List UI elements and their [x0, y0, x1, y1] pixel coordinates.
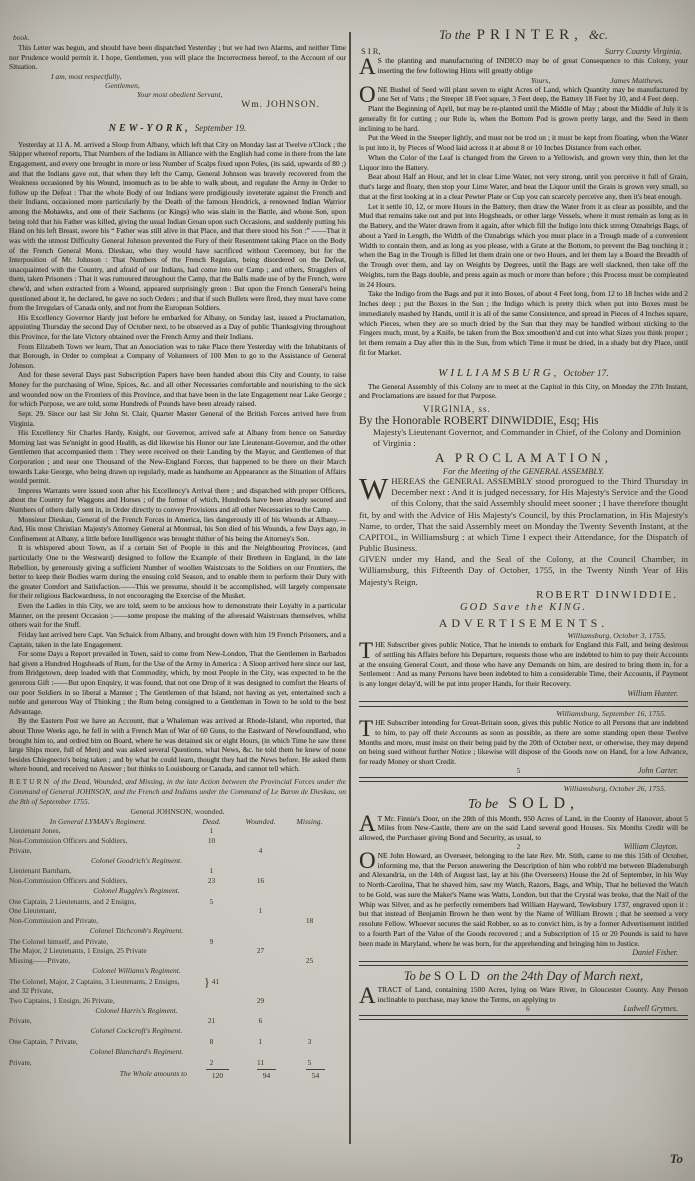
proclamation-by-continuation: Majesty's Lieutenant Governor, and Comma…: [373, 427, 688, 448]
table-row: Non-Commission and Private,18: [9, 916, 346, 926]
wounded-value: [236, 826, 285, 836]
virginia-heading: VIRGINIA, ss.: [423, 404, 688, 414]
return-heading-rest: of the Dead, Wounded, and Missing, in th…: [9, 777, 346, 806]
column-header-missing: Missing.: [285, 817, 334, 826]
heading-pre: To the: [439, 27, 471, 42]
regiment-header: Colonel Goodrich's Regiment.: [9, 856, 264, 867]
dead-value: 21: [187, 1016, 236, 1026]
dead-value: [187, 956, 236, 966]
salutation-row: S I R, Surry County Virginia.: [359, 46, 688, 56]
row-label: Private,: [9, 1058, 187, 1068]
casualty-return-heading: RETURN of the Dead, Wounded, and Missing…: [9, 777, 346, 806]
hunter-advertisement: THE Subscriber gives public Notice, That…: [359, 640, 688, 689]
row-label: The Colonel, Major, 2 Captains, 3 Lieute…: [9, 977, 187, 996]
total-wounded-number: 94: [257, 1069, 277, 1080]
row-label: Missing——Private,: [9, 956, 187, 966]
missing-value: [285, 866, 334, 876]
press-figure: 6: [478, 1005, 578, 1013]
proclamation-by-line: By the Honorable ROBERT DINWIDDIE, Esq; …: [359, 415, 688, 427]
table-row: Lieutenant Barnham,1: [9, 866, 346, 876]
regiment-header: Colonel Blanchard's Regiment.: [9, 1047, 264, 1058]
dead-value: [187, 996, 236, 1006]
dateline-city: WILLIAMSBURG,: [438, 367, 559, 379]
wounded-value: [236, 836, 285, 846]
dead-value: 2: [187, 1058, 236, 1068]
press-figure: 2: [465, 843, 571, 851]
section-rule: [359, 701, 688, 707]
table-row: The Major, 2 Lieutenants, 1 Ensign, 25 P…: [9, 946, 346, 956]
to-the-printer-heading: To the PRINTER, &c.: [359, 26, 688, 44]
wounded-value: 27: [236, 946, 285, 956]
indigo-paragraph: Put the Weed in the Steeper lightly, and…: [359, 133, 688, 153]
proclamation-subtitle: For the Meeting of the GENERAL ASSEMBLY.: [359, 466, 688, 476]
wounded-value: [236, 937, 285, 947]
missing-value: 25: [285, 956, 334, 966]
dateline-date: October 17.: [563, 369, 608, 379]
regiment-header: Colonel Ruggles's Regiment.: [9, 886, 264, 897]
indigo-paragraph: Let it settle 10, 12, or more Hours in t…: [359, 202, 688, 290]
news-paragraph: Friday last arrived here Capt. Van Schai…: [9, 630, 346, 649]
missing-value: [285, 996, 334, 1006]
missing-value: [285, 846, 334, 856]
new-york-dateline: NEW-YORK, September 19.: [9, 118, 346, 136]
section-rule: [359, 961, 688, 967]
march-sale-heading: To be SOLD on the 24th Day of March next…: [359, 968, 688, 984]
carter-advertisement: THE Subscriber intending for Great-Brita…: [359, 718, 688, 767]
row-label: One Captain, 2 Lieutenants, and 2 Ensign…: [9, 897, 187, 907]
dead-value: [187, 946, 236, 956]
wounded-value: [236, 916, 285, 926]
total-label: The Whole amounts to: [9, 1069, 193, 1080]
heading-word: SOLD: [434, 968, 484, 983]
brace-glyph: }: [204, 975, 210, 989]
ad-footer-row: 5 John Carter.: [359, 766, 688, 775]
column-divider-rule: [349, 32, 351, 1144]
wounded-value: 1: [236, 906, 285, 916]
right-column: To the PRINTER, &c. S I R, Surry County …: [359, 26, 688, 1176]
news-paragraph: For some Days a Report prevailed in Town…: [9, 649, 346, 716]
news-paragraph: His Excellency Sir Charles Hardy, Knight…: [9, 428, 346, 486]
column-header-dead: Dead.: [187, 817, 236, 826]
wounded-value: 16: [236, 876, 285, 886]
proclamation-title: A PROCLAMATION,: [359, 450, 688, 466]
total-wounded: 94: [242, 1069, 291, 1080]
page-catchword: To: [670, 1151, 683, 1167]
letter-valediction-1: I am, most respectfully,: [51, 72, 346, 81]
missing-value: 3: [285, 1037, 334, 1047]
missing-value: [285, 977, 334, 996]
news-paragraph: And for these several Days past Subscrip…: [9, 370, 346, 408]
wounded-value: [236, 956, 285, 966]
missing-value: [285, 897, 334, 907]
news-paragraph: Even the Ladies in this City, we are tol…: [9, 601, 346, 630]
row-label: One Lieutenant,: [9, 906, 187, 916]
row-label: Lieutenant Jones,: [9, 826, 187, 836]
total-dead-number: 120: [206, 1069, 229, 1080]
ad-dateline: Williamsburg, September 16, 1755.: [359, 709, 688, 718]
indigo-paragraph: Plant the Beginning of April, but may be…: [359, 104, 688, 133]
casualty-table-header: In General LYMAN's Regiment. Dead. Wound…: [9, 817, 346, 826]
table-row: Private,2115: [9, 1058, 346, 1068]
row-label: Two Captains, 1 Ensign, 26 Private,: [9, 996, 187, 1006]
letter-valediction-2: Gentlemen,: [105, 81, 346, 90]
news-paragraph: Monsieur Dieskau, General of the French …: [9, 515, 346, 544]
row-label: Non-Commission Officers and Soldiers,: [9, 836, 187, 846]
regiment-header: In General LYMAN's Regiment.: [9, 817, 187, 826]
dead-value: [187, 846, 236, 856]
row-label: Lieutenant Barnham,: [9, 866, 187, 876]
to-be-sold-heading: To be SOLD,: [359, 795, 688, 813]
advertiser-signature: William Clayton.: [572, 842, 688, 851]
printer-intro: AS the planting and manufacturing of IND…: [359, 56, 688, 76]
table-row: Private,216: [9, 1016, 346, 1026]
indigo-paragraph: When the Color of the Leaf is changed fr…: [359, 153, 688, 173]
assembly-notice: The General Assembly of this Colony are …: [359, 382, 688, 402]
indigo-paragraph: Take the Indigo from the Bags and put it…: [359, 289, 688, 357]
news-paragraph: By the Eastern Post we have an Account, …: [9, 716, 346, 774]
total-missing-number: 54: [306, 1069, 326, 1080]
letter-author-signature: James Matthews.: [610, 76, 664, 85]
row-label: The Colonel himself, and Private,: [9, 937, 187, 947]
letter-signature: Wm. JOHNSON.: [9, 100, 346, 110]
salutation: S I R,: [361, 46, 381, 56]
news-paragraph: It is whispered about Town, as if a cert…: [9, 543, 346, 601]
god-save-the-king: GOD Save the KING.: [359, 602, 688, 613]
regiment-header: Colonel Williams's Regiment.: [9, 966, 264, 977]
heading-pre: To be: [404, 969, 431, 983]
dead-value: 1: [187, 826, 236, 836]
total-dead: 120: [193, 1069, 242, 1080]
heading-word: PRINTER,: [477, 27, 583, 43]
missing-value: [285, 826, 334, 836]
missing-value: [285, 876, 334, 886]
proclamation-body: WHEREAS the GENERAL ASSEMBLY stood proro…: [359, 476, 688, 554]
governor-signature: ROBERT DINWIDDIE.: [359, 589, 688, 601]
missing-value: [285, 836, 334, 846]
news-paragraph: From Elizabeth Town we learn, That an As…: [9, 342, 346, 371]
dead-value: }41: [187, 977, 236, 996]
casualty-return-subheading: General JOHNSON, wounded.: [9, 807, 346, 816]
advertiser-signature: Daniel Fisher.: [359, 948, 688, 958]
heading-post: &c.: [589, 27, 608, 42]
missing-value: 18: [285, 916, 334, 926]
ad-dateline: Williamsburg, October 26, 1755.: [359, 784, 688, 793]
yours-signature-row: Yours, James Matthews.: [359, 76, 688, 85]
wounded-value: [236, 866, 285, 876]
dead-value: [187, 906, 236, 916]
wounded-value: 4: [236, 846, 285, 856]
regiment-header: Colonel Titchcomb's Regiment.: [9, 926, 264, 937]
table-row: One Captain, 7 Private,813: [9, 1037, 346, 1047]
proclamation-given: GIVEN under my Hand, and the Seal of the…: [359, 554, 688, 588]
missing-value: [285, 1016, 334, 1026]
williamsburg-dateline: WILLIAMSBURG, October 17.: [359, 363, 688, 381]
dead-value: 9: [187, 937, 236, 947]
section-rule: [359, 777, 688, 783]
indigo-paragraph: ONE Bushel of Seed will plant seven to e…: [359, 85, 688, 105]
row-label: One Captain, 7 Private,: [9, 1037, 187, 1047]
press-figure: 5: [465, 767, 571, 775]
news-paragraph: His Excellency Governor Hardy just befor…: [9, 313, 346, 342]
ad-footer-row: 2 William Clayton.: [359, 842, 688, 851]
table-row: Two Captains, 1 Ensign, 26 Private,29: [9, 996, 346, 1006]
missing-value: [285, 937, 334, 947]
wounded-value: [236, 897, 285, 907]
indigo-paragraph: Beat about Half an Hour, and let in clea…: [359, 172, 688, 201]
dead-value: 10: [187, 836, 236, 846]
letter-valediction-3: Your most obedient Servant,: [137, 90, 346, 99]
ad-dateline: Williamsburg, October 3, 1755.: [359, 631, 688, 640]
table-row: Lieutenant Jones,1: [9, 826, 346, 836]
dead-value: 1: [187, 866, 236, 876]
letter-origin: Surry County Virginia.: [605, 46, 682, 56]
left-column: book. This Letter was begun, and should …: [9, 33, 346, 1175]
ad-footer-row: 6 Ludwell Grymes.: [378, 1004, 688, 1013]
dead-value: 5: [187, 897, 236, 907]
table-row: The Colonel himself, and Private,9: [9, 937, 346, 947]
yours-label: Yours,: [531, 76, 550, 85]
fisher-advertisement: ONE John Howard, an Overseer, belonging …: [359, 851, 688, 949]
table-row: Missing——Private,25: [9, 956, 346, 966]
table-row: Private,4: [9, 846, 346, 856]
row-label: Non-Commission Officers and Soldiers,: [9, 876, 187, 886]
wounded-value: 1: [236, 1037, 285, 1047]
table-row: One Lieutenant,1: [9, 906, 346, 916]
table-row: Non-Commission Officers and Soldiers,231…: [9, 876, 346, 886]
missing-value: [285, 906, 334, 916]
dateline-date: September 19.: [195, 123, 247, 133]
table-total-row: The Whole amounts to 120 94 54: [9, 1069, 346, 1080]
missing-value: 5: [285, 1058, 334, 1068]
dead-number: 41: [212, 977, 219, 986]
advertiser-signature: John Carter.: [572, 766, 688, 775]
news-paragraph: Sept. 29. Since our last Sir John St. Cl…: [9, 409, 346, 428]
section-rule: [359, 1015, 688, 1021]
wounded-value: 6: [236, 1016, 285, 1026]
wounded-value: [236, 977, 285, 996]
row-label: Private,: [9, 846, 187, 856]
catchword-top: book.: [13, 33, 346, 42]
letter-closing-paragraph: This Letter was begun, and should have b…: [9, 43, 346, 72]
advertiser-signature: William Hunter.: [359, 689, 688, 699]
return-word: RETURN: [9, 777, 51, 786]
wounded-value: 29: [236, 996, 285, 1006]
heading-word: SOLD,: [508, 795, 579, 812]
wounded-value: 11: [236, 1058, 285, 1068]
regiment-header: Colonel Cockcroft's Regiment.: [9, 1026, 264, 1037]
regiment-header: Colonel Harris's Regiment.: [9, 1006, 264, 1017]
advertisements-heading: ADVERTISEMENTS.: [359, 616, 688, 631]
dead-value: [187, 916, 236, 926]
table-row: One Captain, 2 Lieutenants, and 2 Ensign…: [9, 897, 346, 907]
clayton-advertisement: AT Mr. Finnie's Door, on the 28th of thi…: [359, 814, 688, 843]
row-label: Private,: [9, 1016, 187, 1026]
news-paragraph: Impress Warrants were issued soon after …: [9, 486, 346, 515]
heading-post: on the 24th Day of March next,: [487, 969, 643, 983]
row-label: The Major, 2 Lieutenants, 1 Ensign, 25 P…: [9, 946, 187, 956]
dateline-city: NEW-YORK,: [109, 123, 191, 134]
dead-value: 8: [187, 1037, 236, 1047]
advertiser-signature: Ludwell Grymes.: [578, 1004, 688, 1013]
heading-pre: To be: [468, 797, 498, 812]
table-row: The Colonel, Major, 2 Captains, 3 Lieute…: [9, 977, 346, 996]
news-paragraph: Yesterday at 11 A. M. arrived a Sloop fr…: [9, 140, 346, 313]
total-missing: 54: [291, 1069, 340, 1080]
dead-value: 23: [187, 876, 236, 886]
grymes-advertisement: A TRACT of Land, containing 1500 Acres, …: [359, 985, 688, 1005]
column-header-wounded: Wounded.: [236, 817, 285, 826]
table-row: Non-Commission Officers and Soldiers,10: [9, 836, 346, 846]
row-label: Non-Commission and Private,: [9, 916, 187, 926]
missing-value: [285, 946, 334, 956]
